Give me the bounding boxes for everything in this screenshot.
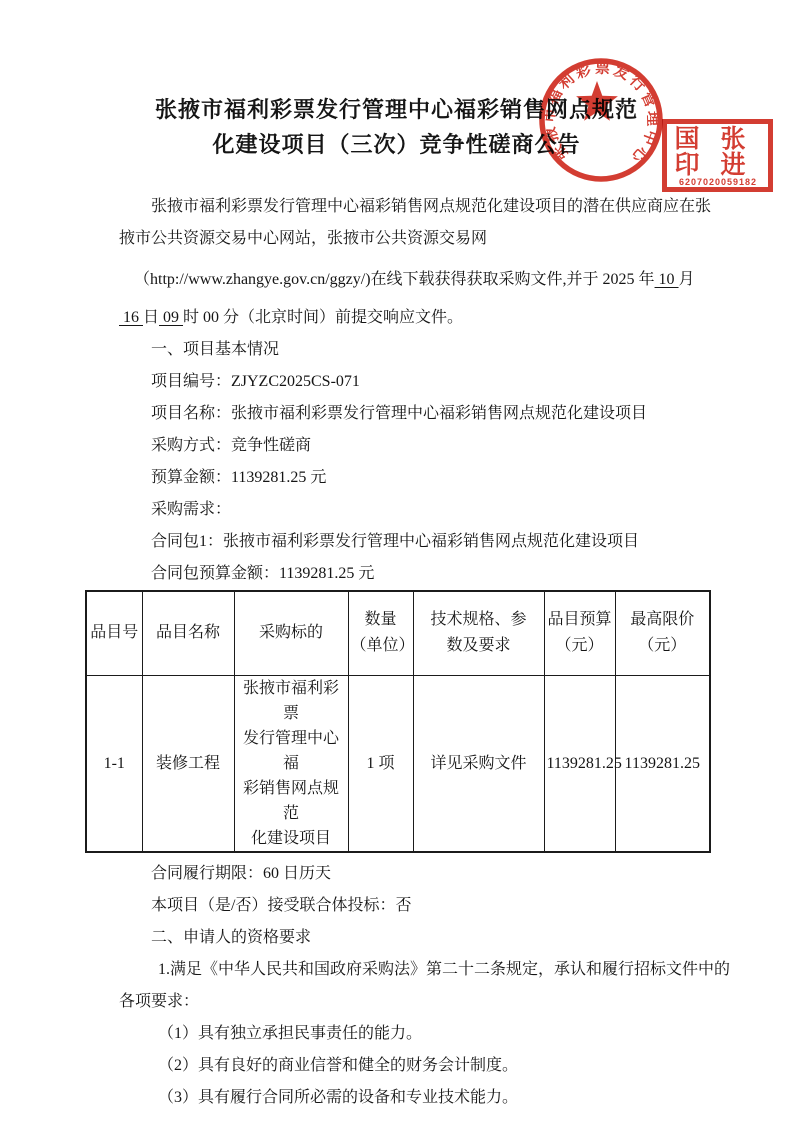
procurement-method-line: 采购方式：竞争性磋商 [119, 430, 693, 462]
text-segment: 时 00 分（北京时间）前提交响应文件。 [183, 309, 463, 326]
requirement-intro-line: 1.满足《中华人民共和国政府采购法》第二十二条规定，承认和履行招标文件中的 [119, 954, 693, 986]
requirement-item-1: （1）具有独立承担民事责任的能力。 [119, 1018, 693, 1050]
section1-heading: 一、项目基本情况 [119, 334, 693, 366]
table-header-cell: 最高限价 （元） [615, 591, 710, 675]
table-cell: 张掖市福利彩票 发行管理中心福 彩销售网点规范 化建设项目 [234, 675, 348, 852]
seal-code-strip [669, 176, 767, 187]
contract-package-budget-line: 合同包预算金额：1139281.25 元 [119, 558, 693, 590]
requirement-item-2: （2）具有良好的商业信誉和健全的财务会计制度。 [119, 1050, 693, 1082]
contract-term-line: 合同履行期限：60 日历天 [119, 858, 693, 890]
consortium-bid-line: 本项目（是/否）接受联合体投标：否 [119, 890, 693, 922]
intro-line-3: （http://www.zhangye.gov.cn/ggzy/)在线下载获得获… [119, 264, 693, 296]
requirement-item-3: （3）具有履行合同所必需的设备和专业技术能力。 [119, 1082, 693, 1114]
table-header-cell: 采购标的 [234, 591, 348, 675]
document-body: 张掖市福利彩票发行管理中心福彩销售网点规范化建设项目的潜在供应商应在张 掖市公共… [0, 191, 793, 1114]
items-table: 品目号品目名称采购标的数量 （单位）技术规格、参 数及要求品目预算 （元）最高限… [85, 590, 711, 853]
page-title: 张掖市福利彩票发行管理中心福彩销售网点规范 化建设项目（三次）竞争性磋商公告 [64, 92, 729, 162]
project-name-line: 项目名称：张掖市福利彩票发行管理中心福彩销售网点规范化建设项目 [119, 398, 693, 430]
table-cell: 1-1 [86, 675, 142, 852]
document-page: 张掖市福利彩票发行管理中心 国 张 印 进 6207020059182 张掖市福… [0, 0, 793, 1122]
table-header-cell: 数量 （单位） [348, 591, 413, 675]
seal-code: 6207020059182 [679, 177, 757, 187]
table-cell: 装修工程 [142, 675, 234, 852]
project-number-line: 项目编号：ZJYZC2025CS-071 [119, 366, 693, 398]
table-header-cell: 品目名称 [142, 591, 234, 675]
text-segment: 09 [159, 309, 183, 326]
text-segment: （http://www.zhangye.gov.cn/ggzy/)在线下载获得获… [134, 271, 655, 288]
text-segment: 月 [679, 271, 695, 288]
table-header-row: 品目号品目名称采购标的数量 （单位）技术规格、参 数及要求品目预算 （元）最高限… [86, 591, 710, 675]
intro-line-1: 张掖市福利彩票发行管理中心福彩销售网点规范化建设项目的潜在供应商应在张 [119, 191, 693, 223]
table-header-cell: 技术规格、参 数及要求 [413, 591, 544, 675]
section2-heading: 二、申请人的资格要求 [119, 922, 693, 954]
table-cell: 详见采购文件 [413, 675, 544, 852]
table-header-cell: 品目号 [86, 591, 142, 675]
table-cell: 1139281.25 [615, 675, 710, 852]
text-segment: 10 [655, 271, 679, 288]
text-segment: 日 [143, 309, 159, 326]
table-cell: 1139281.25 [544, 675, 615, 852]
title-line-2: 化建设项目（三次）竞争性磋商公告 [64, 127, 729, 162]
budget-amount-line: 预算金额：1139281.25 元 [119, 462, 693, 494]
text-segment: 16 [119, 309, 143, 326]
requirement-intro-cont-line: 各项要求： [119, 986, 693, 1018]
table-cell: 1 项 [348, 675, 413, 852]
intro-line-2: 掖市公共资源交易中心网站，张掖市公共资源交易网 [119, 223, 693, 255]
title-line-1: 张掖市福利彩票发行管理中心福彩销售网点规范 [64, 92, 729, 127]
contract-package-line: 合同包1：张掖市福利彩票发行管理中心福彩销售网点规范化建设项目 [119, 526, 693, 558]
intro-line-4: 16 日 09 时 00 分（北京时间）前提交响应文件。 [119, 302, 693, 334]
table-row: 1-1装修工程张掖市福利彩票 发行管理中心福 彩销售网点规范 化建设项目1 项详… [86, 675, 710, 852]
table-header-cell: 品目预算 （元） [544, 591, 615, 675]
procurement-demand-line: 采购需求： [119, 494, 693, 526]
